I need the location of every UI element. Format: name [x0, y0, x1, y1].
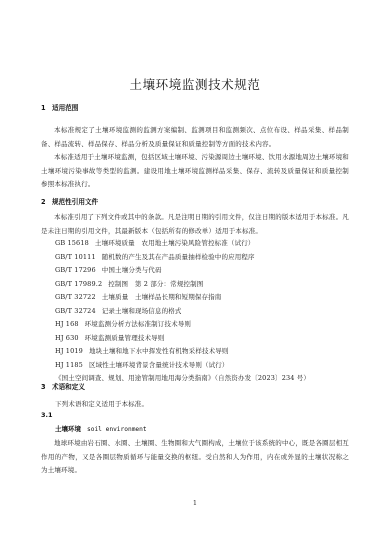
reference-item: GB/T 17296中国土壤分类与代码	[55, 264, 162, 278]
reference-code: GB 15618	[55, 237, 89, 251]
reference-item: HJ 168环境监测分析方法标准制订技术导则	[55, 318, 191, 332]
reference-item: HJ 630环境监测质量管理技术导则	[55, 332, 164, 346]
document-title: 土壤环境监测技术规范	[0, 75, 390, 93]
reference-title: 环境监测分析方法标准制订技术导则	[85, 320, 191, 328]
reference-item: GB/T 32724记录土壤和现场信息的格式	[55, 305, 182, 319]
normative-intro-paragraph: 本标准引用了下列文件或其中的条款。凡是注明日期的引用文件，仅注日期的版本适用于本…	[41, 211, 349, 238]
reference-title: 《国土空间调查、规划、用途管制用地用海分类指南》（自然资办发〔2023〕234 …	[55, 374, 310, 382]
reference-code: GB/T 10111	[55, 251, 96, 265]
term-definition: 地球环境由岩石圈、水圈、土壤圈、生物圈和大气圈构成，土壤位于该系统的中心，既是各…	[41, 437, 349, 478]
reference-title: 随机数的产生及其在产品质量抽样检验中的应用程序	[102, 253, 255, 261]
section-number: 1	[41, 104, 52, 112]
reference-code: HJ 168	[55, 318, 79, 332]
section-number: 3	[41, 383, 52, 391]
reference-title: 土壤环境质量 农用地土壤污染风险管控标准（试行）	[95, 239, 255, 247]
reference-code: GB/T 17296	[55, 264, 96, 278]
section-heading-1: 1适用范围	[41, 102, 78, 112]
reference-code: GB/T 32724	[55, 305, 96, 319]
reference-title: 记录土壤和现场信息的格式	[102, 307, 182, 315]
section-title: 适用范围	[52, 104, 78, 112]
reference-title: 地块土壤和地下水中挥发性有机物采样技术导则	[89, 347, 229, 355]
reference-title: 中国土壤分类与代码	[102, 266, 162, 274]
page-number: 1	[0, 499, 390, 507]
reference-title: 土壤质量 土壤样品长期和短期保存指南	[102, 293, 222, 301]
terms-intro: 下列术语和定义适用于本标准。	[55, 398, 148, 412]
reference-item: GB/T 17989.2控制图 第 2 部分：常规控制图	[55, 278, 203, 292]
scope-paragraph-1: 本标准规定了土壤环境监测的监测方案编制、监测项目和监测频次、点位布设、样品采集、…	[41, 124, 349, 151]
reference-title: 控制图 第 2 部分：常规控制图	[108, 280, 203, 288]
reference-item: HJ 1185区域性土壤环境背景含量统计技术导则（试行）	[55, 359, 229, 373]
reference-item: GB/T 32722土壤质量 土壤样品长期和短期保存指南	[55, 291, 221, 305]
reference-title: 环境监测质量管理技术导则	[85, 334, 165, 342]
clause-number: 3.1	[41, 411, 53, 419]
document-page: 土壤环境监测技术规范 1适用范围 本标准规定了土壤环境监测的监测方案编制、监测项…	[0, 0, 390, 551]
reference-title: 区域性土壤环境背景含量统计技术导则（试行）	[89, 361, 229, 369]
term-english: soil environment	[87, 426, 147, 433]
reference-code: HJ 1185	[55, 359, 83, 373]
reference-item: 《国土空间调查、规划、用途管制用地用海分类指南》（自然资办发〔2023〕234 …	[55, 372, 310, 386]
reference-code: GB/T 17989.2	[55, 278, 102, 292]
section-title: 术语和定义	[52, 383, 85, 391]
section-heading-2: 2规范性引用文件	[41, 196, 98, 206]
reference-item: GB 15618土壤环境质量 农用地土壤污染风险管控标准（试行）	[55, 237, 255, 251]
reference-code: GB/T 32722	[55, 291, 96, 305]
section-number: 2	[41, 198, 52, 206]
reference-code: HJ 630	[55, 332, 79, 346]
section-heading-3: 3术语和定义	[41, 381, 85, 391]
term-entry: 土壤环境soil environment	[55, 424, 147, 433]
section-title: 规范性引用文件	[52, 198, 98, 206]
term-chinese: 土壤环境	[55, 425, 81, 433]
reference-item: GB/T 10111随机数的产生及其在产品质量抽样检验中的应用程序	[55, 251, 255, 265]
scope-paragraph-2: 本标准适用于土壤环境监测，包括区域土壤环境、污染源周边土壤环境、饮用水源地周边土…	[41, 151, 349, 192]
reference-item: HJ 1019地块土壤和地下水中挥发性有机物采样技术导则	[55, 345, 229, 359]
reference-code: HJ 1019	[55, 345, 83, 359]
